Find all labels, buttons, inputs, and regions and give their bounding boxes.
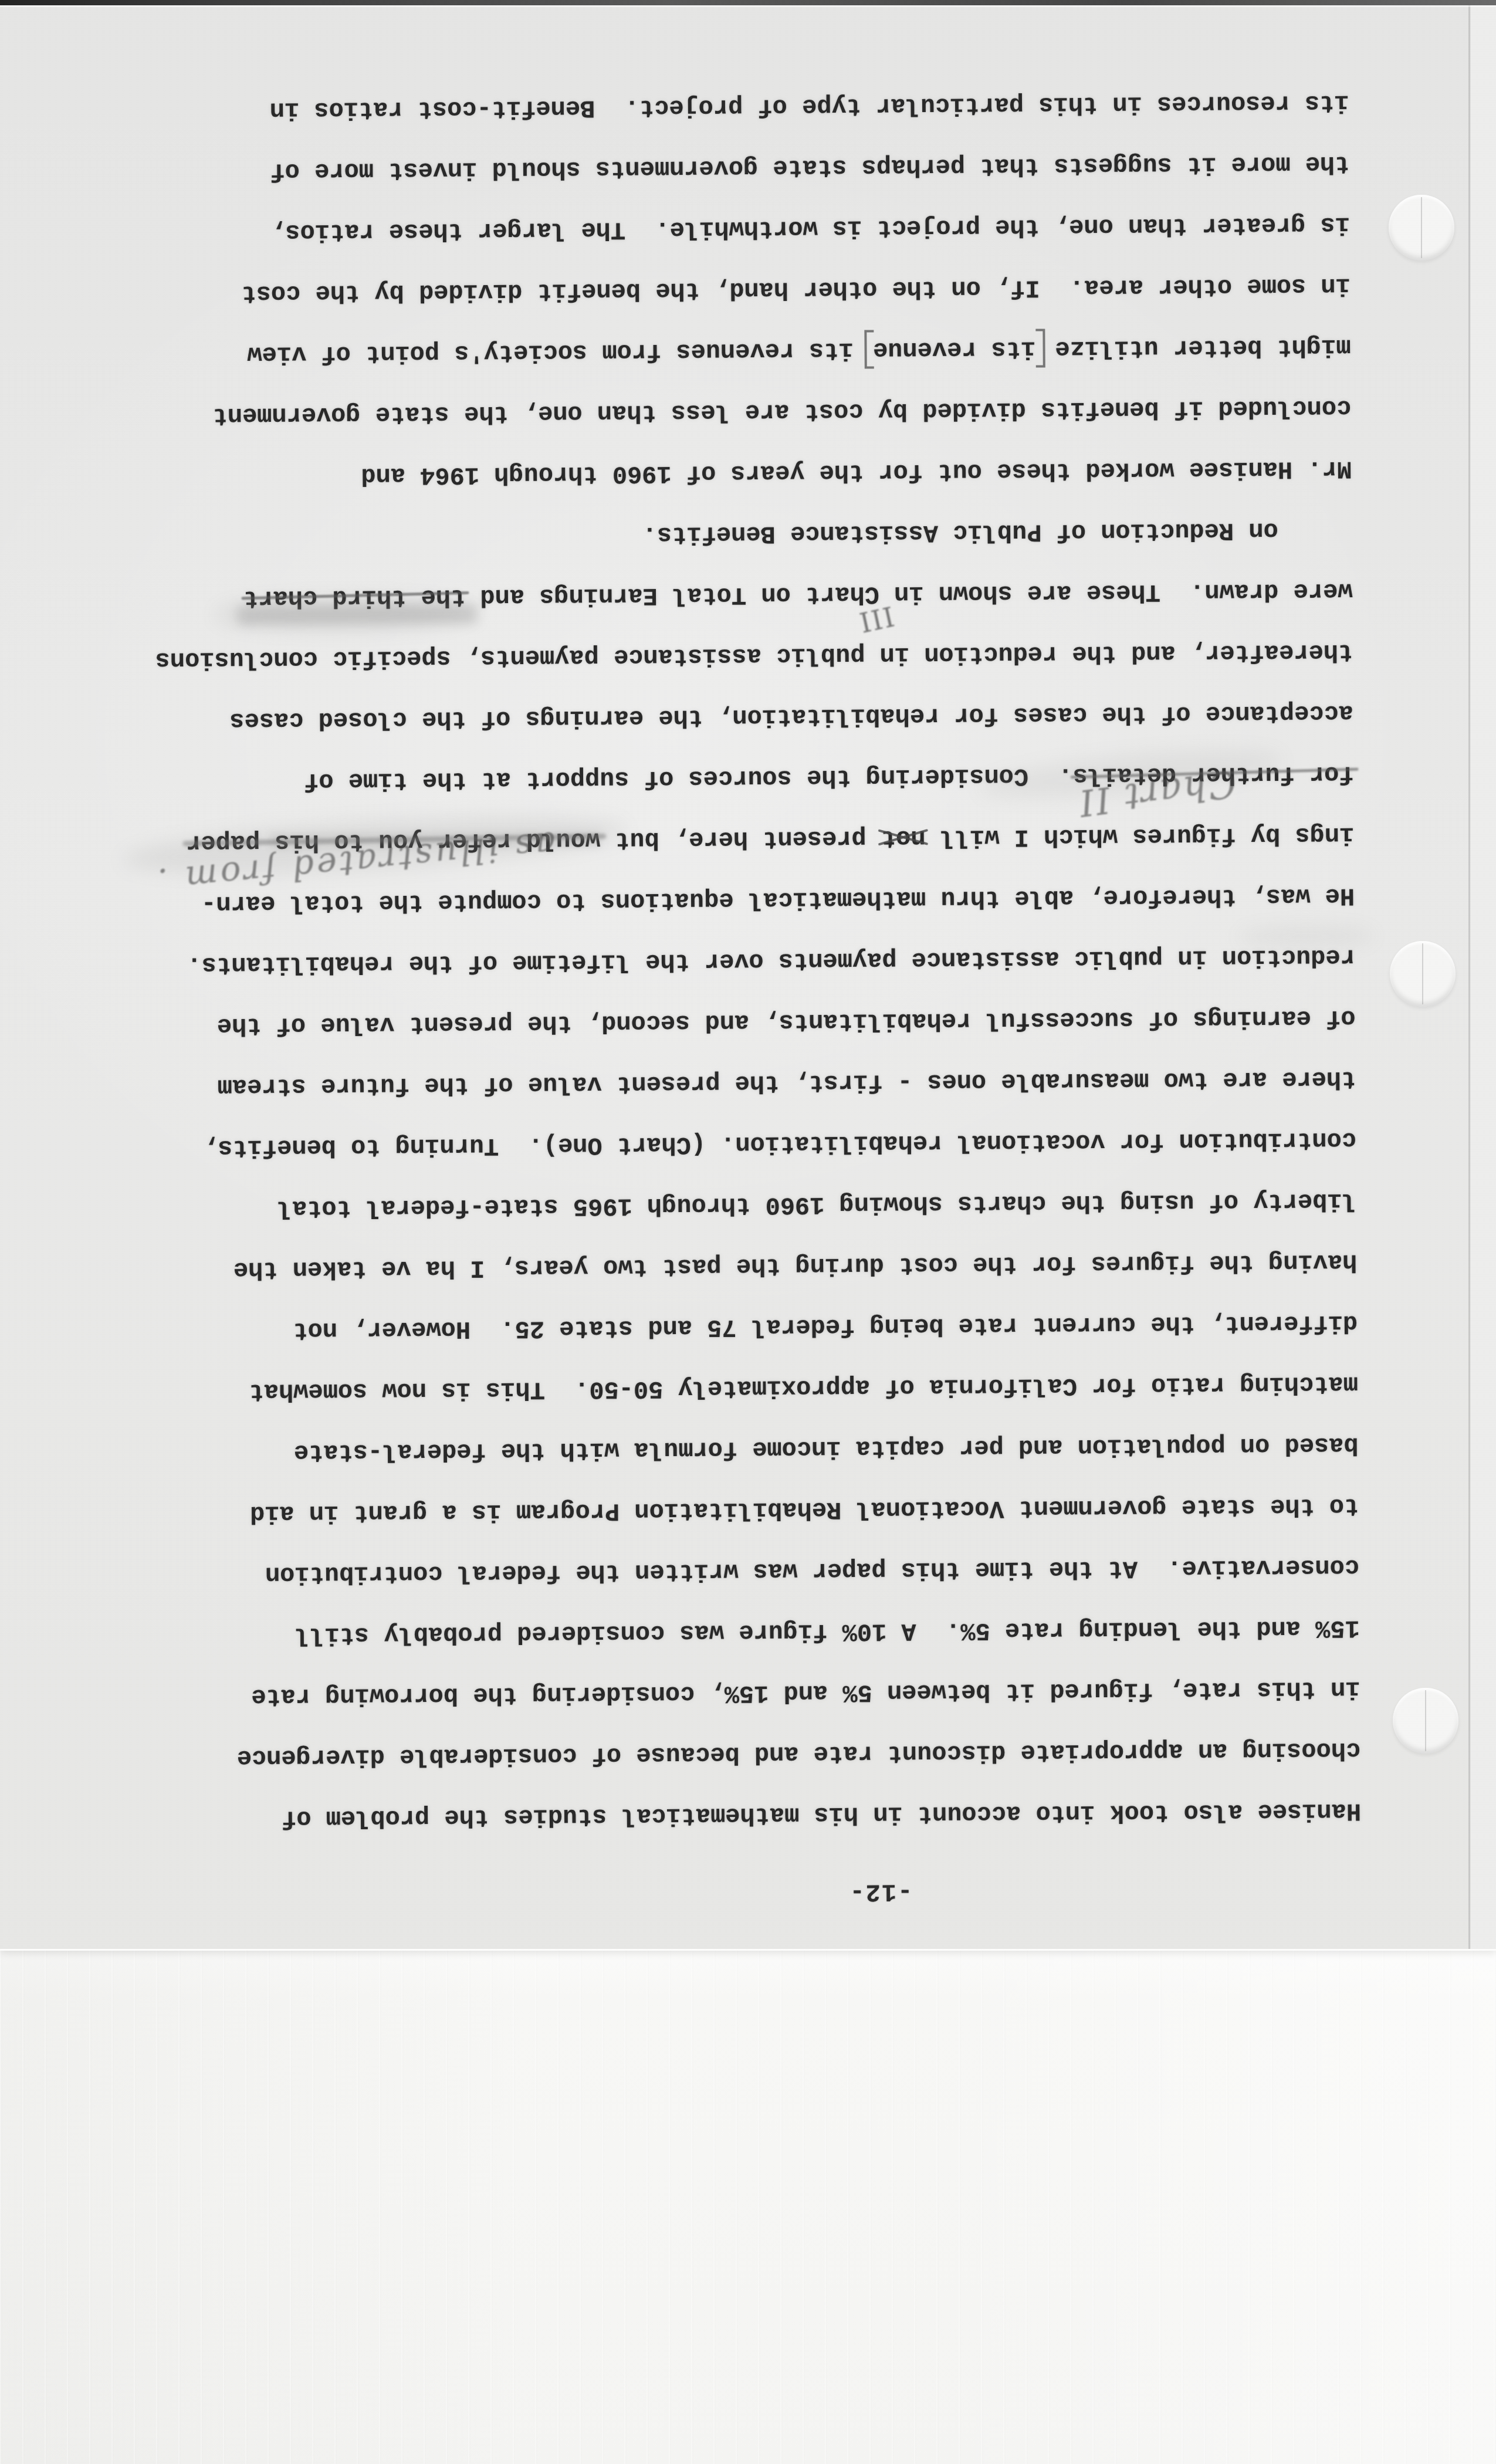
typed-line: the more it suggests that perhaps state … [106,133,1350,203]
typed-segment: Hanisee also took into account in his ma… [282,1797,1361,1833]
typed-line: Mr. Hanisee worked these out for the yea… [108,438,1352,508]
typed-line: in some other area. If, on the other han… [107,255,1351,325]
typed-line: 15% and the lending rate 5%. A 10% figur… [116,1597,1360,1667]
page-edge-strip [1471,0,1496,1949]
typed-line: liberty of using the charts showing 1960… [113,1170,1357,1240]
typed-lines: Hanisee also took into account in his ma… [105,72,1361,1850]
typed-line: Hanisee also took into account in his ma… [117,1781,1362,1850]
typed-segment: having the figures for the cost during t… [233,1248,1358,1284]
typed-line: is greater than one, the project is wort… [106,194,1351,264]
typed-line: on Reduction of Public Assistance Benefi… [108,499,1352,569]
typed-segment: ings by figures which I will [925,821,1354,852]
typed-segment: based on population and per capita incom… [294,1431,1359,1467]
typed-line: there are two measurable ones - first, t… [112,1048,1356,1118]
typed-line: choosing an appropriate discount rate an… [117,1720,1361,1789]
typed-line: to the state government Vocational Rehab… [115,1475,1359,1545]
typed-segment: its revenues from society's point of vie… [247,336,868,368]
typed-segment: contribution for vocational rehabilitati… [203,1126,1356,1162]
typed-segment: of earnings of successful rehabilitants,… [217,1004,1356,1040]
typed-segment: there are two measurable ones - first, t… [217,1065,1356,1101]
typed-segment: thereafter, and the reduction in public … [155,638,1353,674]
typed-line: thereafter, and the reduction in public … [109,621,1353,691]
typed-segment: reduction in public assistance payments … [187,943,1355,979]
typed-line: acceptance of the cases for rehabilitati… [110,682,1354,752]
punch-hole [1393,1688,1458,1754]
typed-segment: liberty of using the charts showing 1960… [277,1187,1357,1223]
typed-segment: in this rate, figured it between 5% and … [251,1675,1360,1711]
typed-line: might better utilize its revenue its rev… [107,316,1351,386]
typed-segment: Mr. Hanisee worked these out for the yea… [361,455,1352,490]
typed-segment: matching ratio for California of approxi… [249,1370,1358,1406]
typed-line: reduction in public assistance payments … [111,926,1356,996]
punch-hole [1389,195,1454,260]
backing-sheet [0,1949,1496,2464]
typed-segment: were drawn. These are shown in Chart on … [465,577,1353,611]
typed-segment: present here, but [600,824,881,854]
typed-segment: He was, therefore, able thru mathematica… [201,882,1355,918]
typed-segment-bracket: its revenue [873,335,1036,364]
typed-line: in this rate, figured it between 5% and … [116,1659,1360,1728]
typed-line: based on population and per capita incom… [114,1414,1359,1484]
typed-line: contribution for vocational rehabilitati… [113,1109,1357,1179]
typed-segment: different, the current rate being federa… [293,1309,1358,1345]
page-number: -12- [819,1874,942,1910]
typed-line: having the figures for the cost during t… [113,1231,1358,1301]
page-content-rotated: -12- Hanisee also took into account in h… [0,0,1496,1954]
typed-segment: might better utilize [1040,333,1351,363]
typed-segment: acceptance of the cases for rehabilitati… [229,699,1353,735]
typed-line: its resources in this particular type of… [105,72,1349,142]
typed-segment: is greater than one, the project is wort… [270,211,1350,246]
typed-segment: its resources in this particular type of… [270,89,1349,124]
typed-segment: concluded if benefits divided by cost ar… [212,394,1351,430]
typed-line: of earnings of successful rehabilitants,… [111,987,1356,1057]
typed-segment: choosing an appropriate discount rate an… [237,1736,1361,1772]
typed-segment: in some other area. If, on the other han… [241,272,1351,307]
scanned-document: -12- Hanisee also took into account in h… [0,0,1496,2464]
typed-line: conservative. At the time this paper was… [116,1536,1360,1606]
page-edge-line [1468,0,1470,1949]
typed-segment: . Considering the sources of support at … [304,761,1073,795]
typed-segment: 15% and the lending rate 5%. A 10% figur… [295,1614,1360,1650]
typed-line: matching ratio for California of approxi… [114,1353,1359,1423]
typed-line: concluded if benefits divided by cost ar… [107,377,1352,447]
punch-hole [1390,941,1456,1007]
typed-segment: conservative. At the time this paper was… [265,1553,1359,1589]
typed-segment: to the state government Vocational Rehab… [250,1492,1359,1528]
typed-segment-xout: not [881,824,926,852]
scan-edge-shadow [0,0,1496,5]
upside-down-page: -12- Hanisee also took into account in h… [0,0,1496,1951]
typed-segment: the more it suggests that perhaps state … [270,150,1349,185]
typed-line: different, the current rate being federa… [114,1292,1358,1362]
typed-segment: on Reduction of Public Assistance Benefi… [642,516,1352,549]
